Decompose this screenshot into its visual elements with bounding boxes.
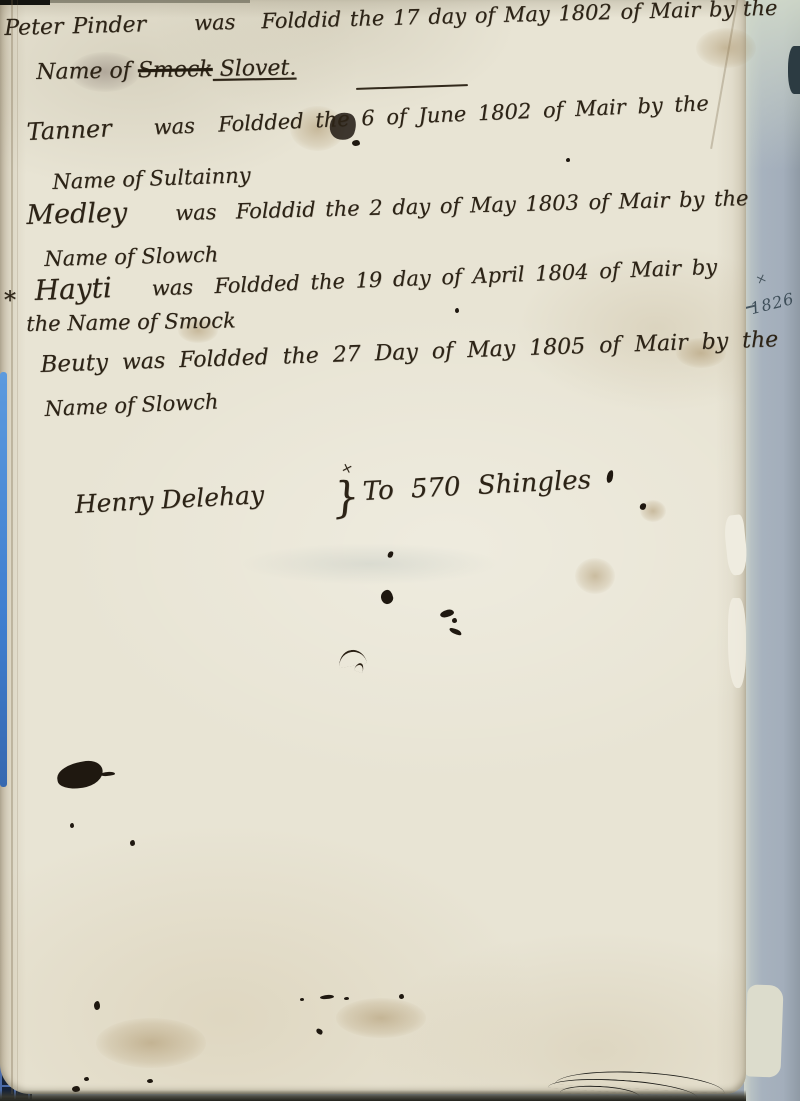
ink-blot: [84, 1077, 89, 1081]
foal-name: Beuty: [40, 350, 108, 378]
torn-edge-flap: [723, 514, 749, 576]
entry-text: Name of: [36, 58, 138, 85]
margin-year-note: 1826: [748, 289, 796, 318]
ink-blot: [455, 308, 459, 313]
ink-blot: [147, 1079, 153, 1083]
mare-name: Slovet.: [212, 55, 296, 81]
adjacent-page-edge: × 1826: [744, 0, 800, 1101]
entry-line: Name of Smock Slovet.: [36, 55, 297, 85]
ink-blot: [300, 998, 304, 1001]
stain: [575, 558, 615, 594]
ink-blot: [566, 158, 570, 162]
crease-line: [11, 0, 13, 1094]
stain: [336, 998, 426, 1038]
strikethrough-word: Smock: [138, 57, 213, 83]
foal-name: Hayti: [34, 271, 112, 307]
memo-brace: }: [330, 471, 362, 523]
stain: [696, 28, 756, 68]
stain: [240, 543, 500, 585]
foal-name: Medley: [26, 197, 128, 231]
ink-blot: [94, 1001, 100, 1010]
scanned-ledger-page: × 1826 Peter Pinderwas Folddid the 17 da…: [0, 0, 800, 1101]
ink-blot: [399, 994, 404, 999]
entry-line: the Name of Smock: [26, 308, 236, 336]
entry-line: Name of Slowch: [44, 242, 219, 271]
ink-blot: [344, 997, 349, 1000]
scanner-background: [0, 372, 7, 787]
binding-shadow: [0, 0, 50, 5]
ink-blot: [352, 140, 360, 146]
page-corner-flap: [744, 984, 783, 1077]
ink-blot: [788, 46, 800, 94]
foal-name: Peter Pinder: [4, 12, 146, 41]
ink-blot: [130, 840, 135, 846]
stain: [96, 1018, 206, 1068]
torn-edge-flap: [728, 598, 746, 688]
margin-cross-mark: ×: [754, 271, 769, 289]
page-bottom-shadow: [0, 1090, 746, 1101]
entry-marker-asterisk: *: [4, 286, 16, 314]
ink-blot: [452, 618, 457, 623]
foal-name: Tanner: [26, 114, 112, 146]
binding-shadow: [50, 0, 250, 3]
crease-line: [17, 0, 18, 1094]
ink-blot: [70, 823, 74, 828]
